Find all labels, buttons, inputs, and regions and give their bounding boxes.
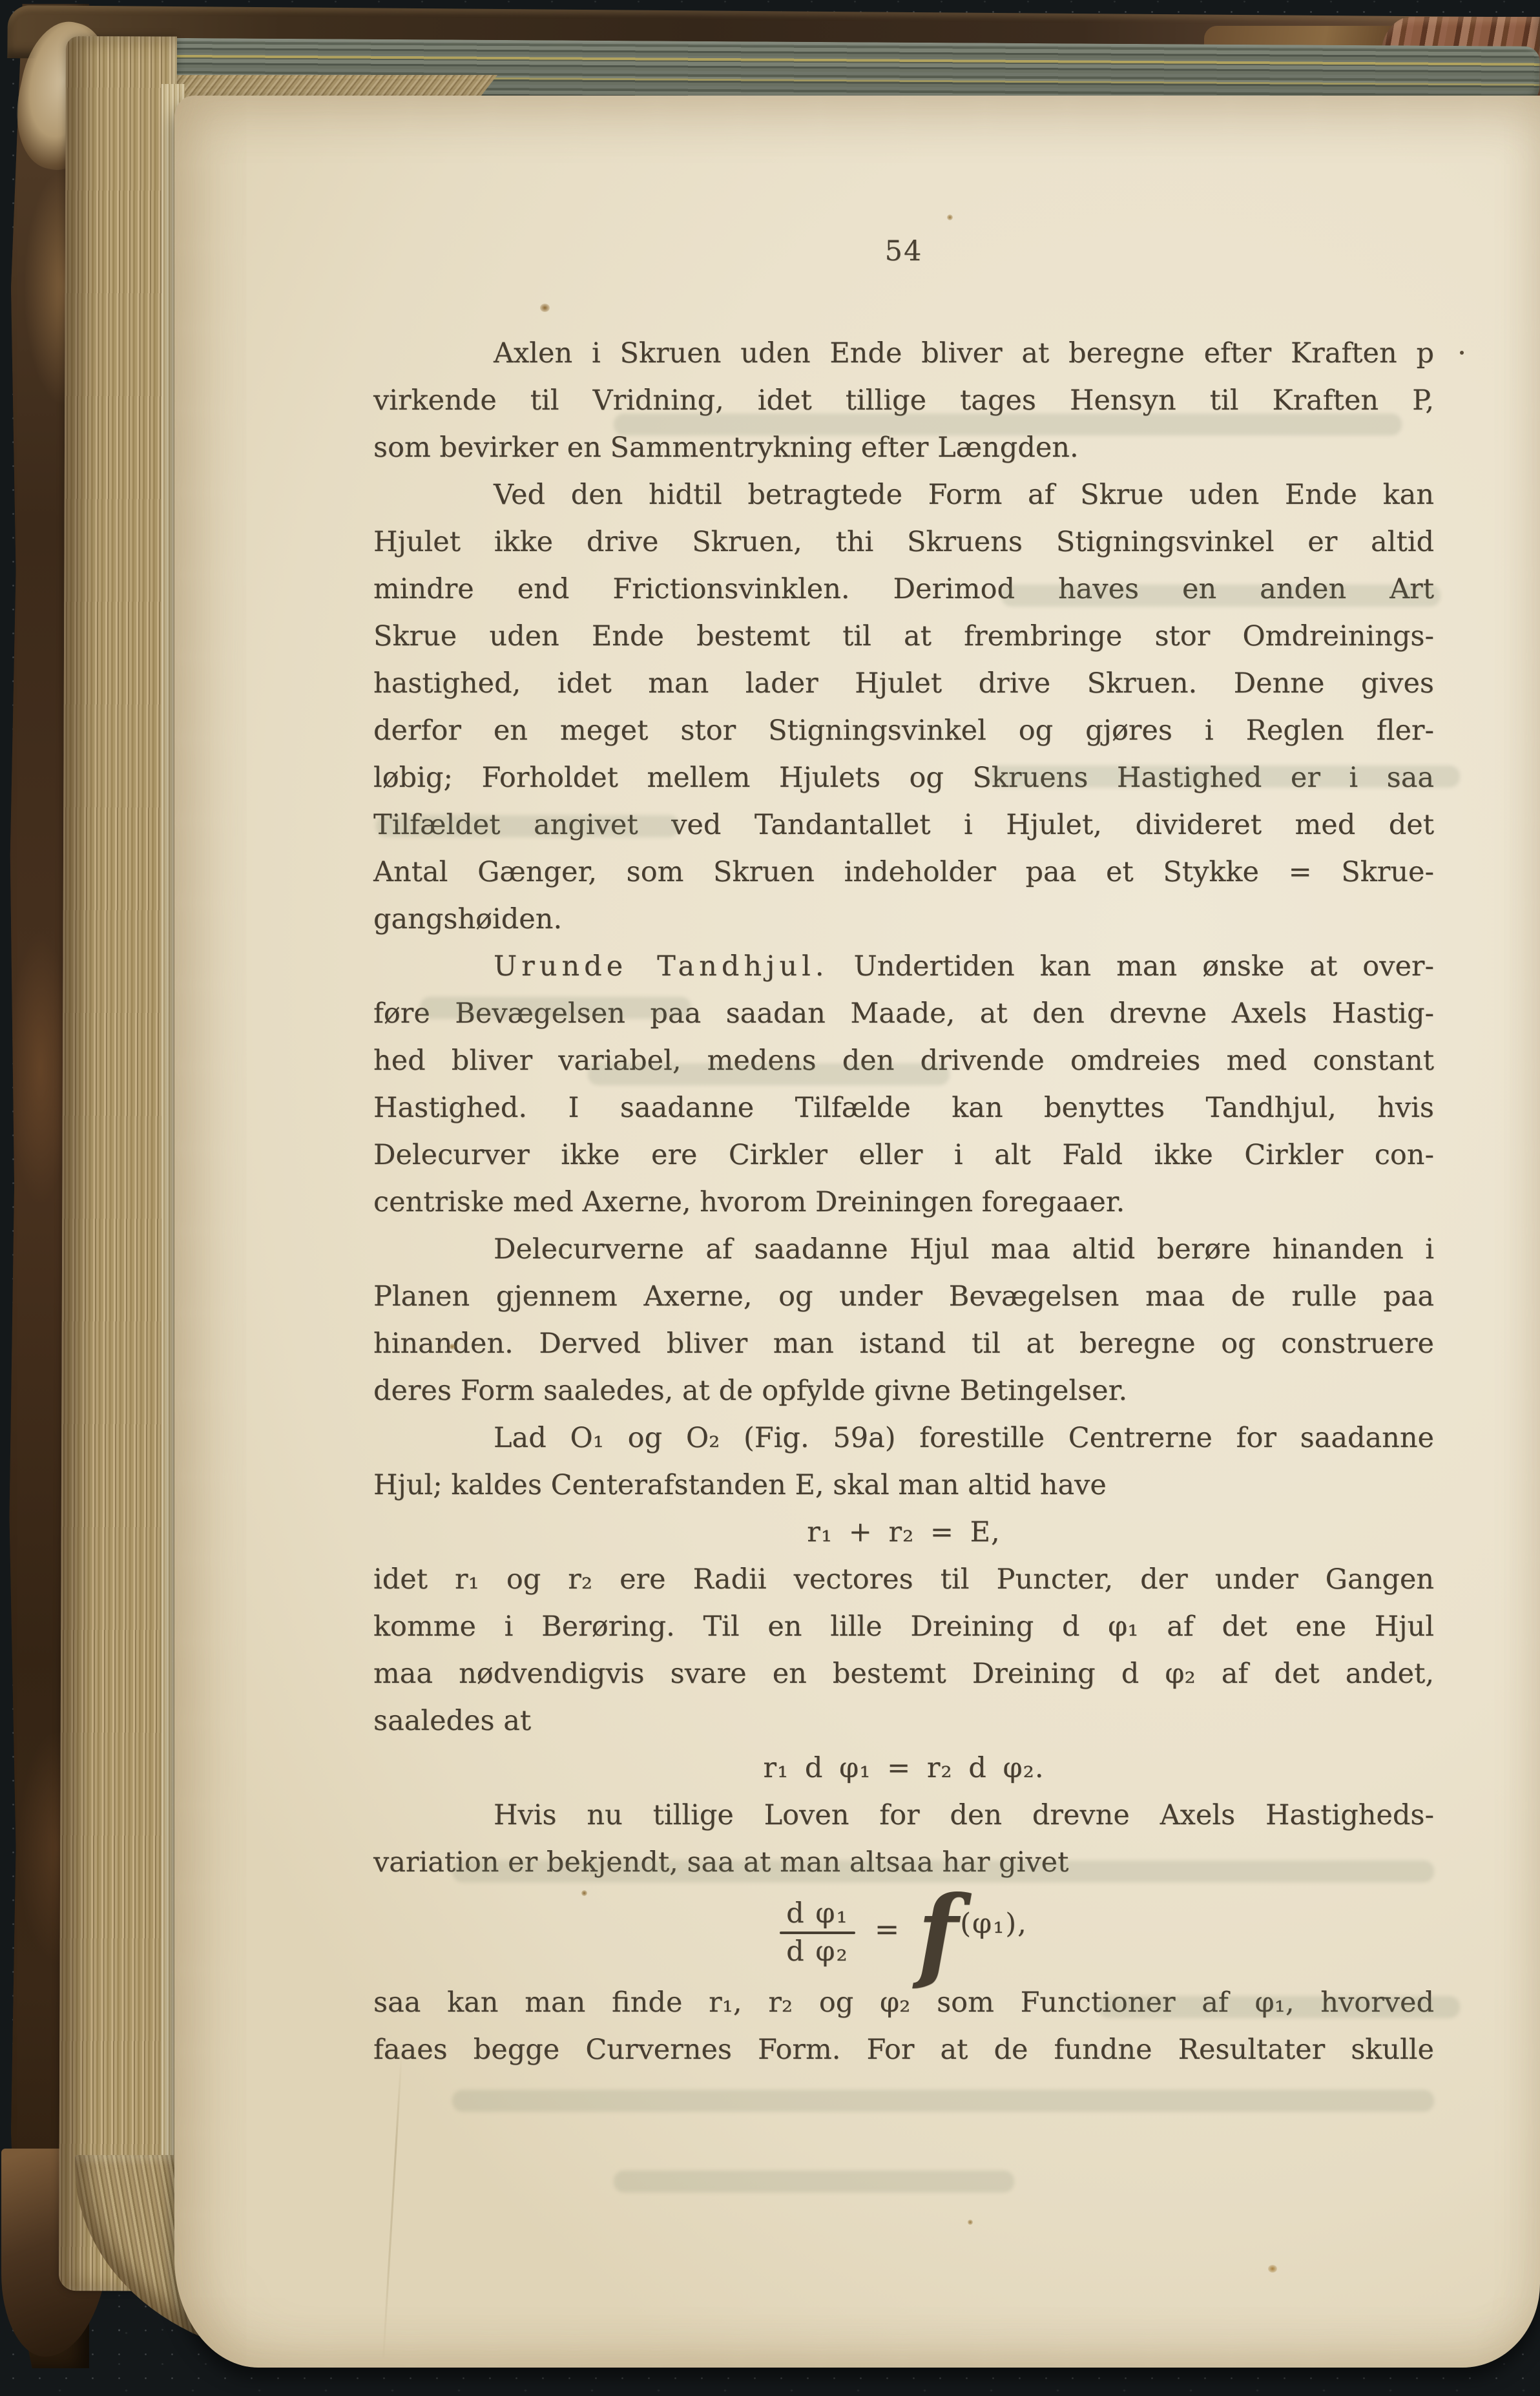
text-line: derfor en meget stor Stigningsvinkel og …	[373, 707, 1434, 755]
text-line: Antal Gænger, som Skruen indeholder paa …	[373, 849, 1434, 896]
text-line: Delecurverne af saadanne Hjul maa altid …	[373, 1226, 1434, 1273]
equation-argument: (φ₁),	[960, 1901, 1028, 1948]
text-line: Hjulet ikke drive Skruen, thi Skruens St…	[373, 519, 1434, 566]
foxing-spot	[540, 304, 550, 312]
photo-background: { "page": { "number": "54" }, "body": { …	[0, 0, 1540, 2396]
show-through-smudge	[452, 1860, 1434, 1882]
text-line: Delecurver ikke ere Cirkler eller i alt …	[373, 1132, 1434, 1179]
book-page: 54 Axlen i Skruen uden Ende bliver at be…	[174, 96, 1540, 2368]
text-line: gangshøiden.	[373, 896, 1434, 943]
equation-fraction: d φ₁d φ₂	[780, 1896, 855, 1970]
show-through-smudge	[420, 997, 691, 1019]
text-line: Lad O₁ og O₂ (Fig. 59a) forestille Centr…	[373, 1415, 1434, 1462]
text-line: idet r₁ og r₂ ere Radii vectores til Pun…	[373, 1556, 1434, 1603]
text-line: saaledes at	[373, 1698, 1434, 1745]
text-line: faaes begge Curvernes Form. For at de fu…	[373, 2026, 1434, 2074]
show-through-smudge	[988, 766, 1460, 787]
equation-numerator: d φ₁	[780, 1896, 855, 1932]
text-line: komme i Berøring. Til en lille Dreining …	[373, 1603, 1434, 1651]
foxing-spot	[1268, 2265, 1277, 2273]
foxing-spot	[449, 1344, 455, 1349]
equation-denominator: d φ₂	[780, 1934, 855, 1970]
show-through-smudge	[452, 2090, 1434, 2112]
text-line: Urunde Tandhjul. Undertiden kan man ønsk…	[373, 943, 1434, 990]
show-through-smudge	[614, 413, 1402, 435]
text-line: r₁ + r₂ = E,	[373, 1509, 1434, 1556]
text-line: Skrue uden Ende bestemt til at frembring…	[373, 613, 1434, 660]
display-equation: d φ₁d φ₂=f(φ₁),	[373, 1886, 1434, 1979]
text-line: Hjul; kaldes Centerafstanden E, skal man…	[373, 1462, 1434, 1509]
show-through-smudge	[614, 2171, 1014, 2193]
show-through-smudge	[1001, 585, 1441, 607]
paragraph-heading: Urunde Tandhjul.	[494, 950, 829, 983]
show-through-smudge	[1098, 1996, 1460, 2018]
ink-dot	[1460, 351, 1464, 355]
equation-equals: =	[875, 1906, 900, 1953]
text-line: Axlen i Skruen uden Ende bliver at bereg…	[373, 330, 1434, 377]
text-line: centriske med Axerne, hvorom Dreiningen …	[373, 1179, 1434, 1226]
text-line: Ved den hidtil betragtede Form af Skrue …	[373, 472, 1434, 519]
page-crease	[382, 2054, 402, 2357]
text-line: hastighed, idet man lader Hjulet drive S…	[373, 660, 1434, 707]
foxing-spot	[947, 214, 953, 220]
text-line: deres Form saaledes, at de opfylde givne…	[373, 1368, 1434, 1415]
foxing-spot	[1519, 539, 1528, 547]
text-line: Hastighed. I saadanne Tilfælde kan benyt…	[373, 1085, 1434, 1132]
text-line: maa nødvendigvis svare en bestemt Dreini…	[373, 1651, 1434, 1698]
page-edges-left	[59, 36, 177, 2291]
show-through-smudge	[376, 815, 680, 837]
foxing-spot	[968, 2220, 973, 2225]
text-line: r₁ d φ₁ = r₂ d φ₂.	[373, 1745, 1434, 1792]
text-line: Planen gjennem Axerne, og under Bevægels…	[373, 1273, 1434, 1320]
show-through-smudge	[588, 1063, 950, 1085]
text-line: hinanden. Derved bliver man istand til a…	[373, 1320, 1434, 1368]
page-number: 54	[373, 229, 1434, 274]
foxing-spot	[581, 1890, 587, 1896]
text-line: Hvis nu tillige Loven for den drevne Axe…	[373, 1792, 1434, 1839]
